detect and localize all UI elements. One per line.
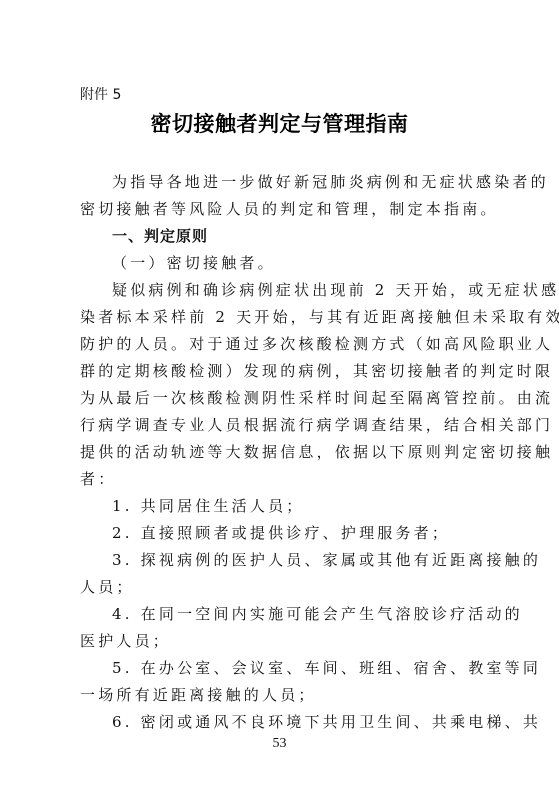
list-item-continuation: 一场所有近距离接触的人员； (80, 685, 480, 705)
paragraph-line: 行病学调查专业人员根据流行病学调查结果，结合相关部门 (80, 415, 480, 435)
list-item-continuation: 人员； (80, 577, 480, 597)
paragraph-line: 提供的活动轨迹等大数据信息，依据以下原则判定密切接触 (80, 442, 480, 462)
section-heading: 一、判定原则 (112, 226, 512, 246)
paragraph-line: 防护的人员。对于通过多次核酸检测方式（如高风险职业人 (80, 334, 480, 354)
paragraph-line: 疑似病例和确诊病例症状出现前 2 天开始，或无症状感 (112, 280, 512, 300)
list-item: 2. 直接照顾者或提供诊疗、护理服务者； (112, 523, 512, 543)
page-number: 53 (0, 736, 559, 752)
list-item-continuation: 医护人员； (80, 631, 480, 651)
document-title: 密切接触者判定与管理指南 (0, 108, 559, 138)
paragraph-line: 为从最后一次核酸检测阴性采样时间起至隔离管控前。由流 (80, 388, 480, 408)
paragraph-line: 为指导各地进一步做好新冠肺炎病例和无症状感染者的 (112, 172, 512, 192)
list-item: 6. 密闭或通风不良环境下共用卫生间、共乘电梯、共 (112, 712, 512, 732)
paragraph-line: 者： (80, 469, 480, 489)
paragraph-line: 群的定期核酸检测）发现的病例，其密切接触者的判定时限 (80, 361, 480, 381)
subsection-heading: （一）密切接触者。 (112, 253, 512, 273)
list-item: 4. 在同一空间内实施可能会产生气溶胶诊疗活动的 (112, 604, 512, 624)
list-item: 3. 探视病例的医护人员、家属或其他有近距离接触的 (112, 550, 512, 570)
list-item: 5. 在办公室、会议室、车间、班组、宿舍、教室等同 (112, 658, 512, 678)
list-item: 1. 共同居住生活人员； (112, 496, 512, 516)
paragraph-line: 密切接触者等风险人员的判定和管理，制定本指南。 (80, 199, 480, 219)
document-page: 附件 5 密切接触者判定与管理指南 为指导各地进一步做好新冠肺炎病例和无症状感染… (0, 0, 559, 793)
attachment-label: 附件 5 (80, 84, 121, 104)
paragraph-line: 染者标本采样前 2 天开始，与其有近距离接触但未采取有效 (80, 307, 480, 327)
